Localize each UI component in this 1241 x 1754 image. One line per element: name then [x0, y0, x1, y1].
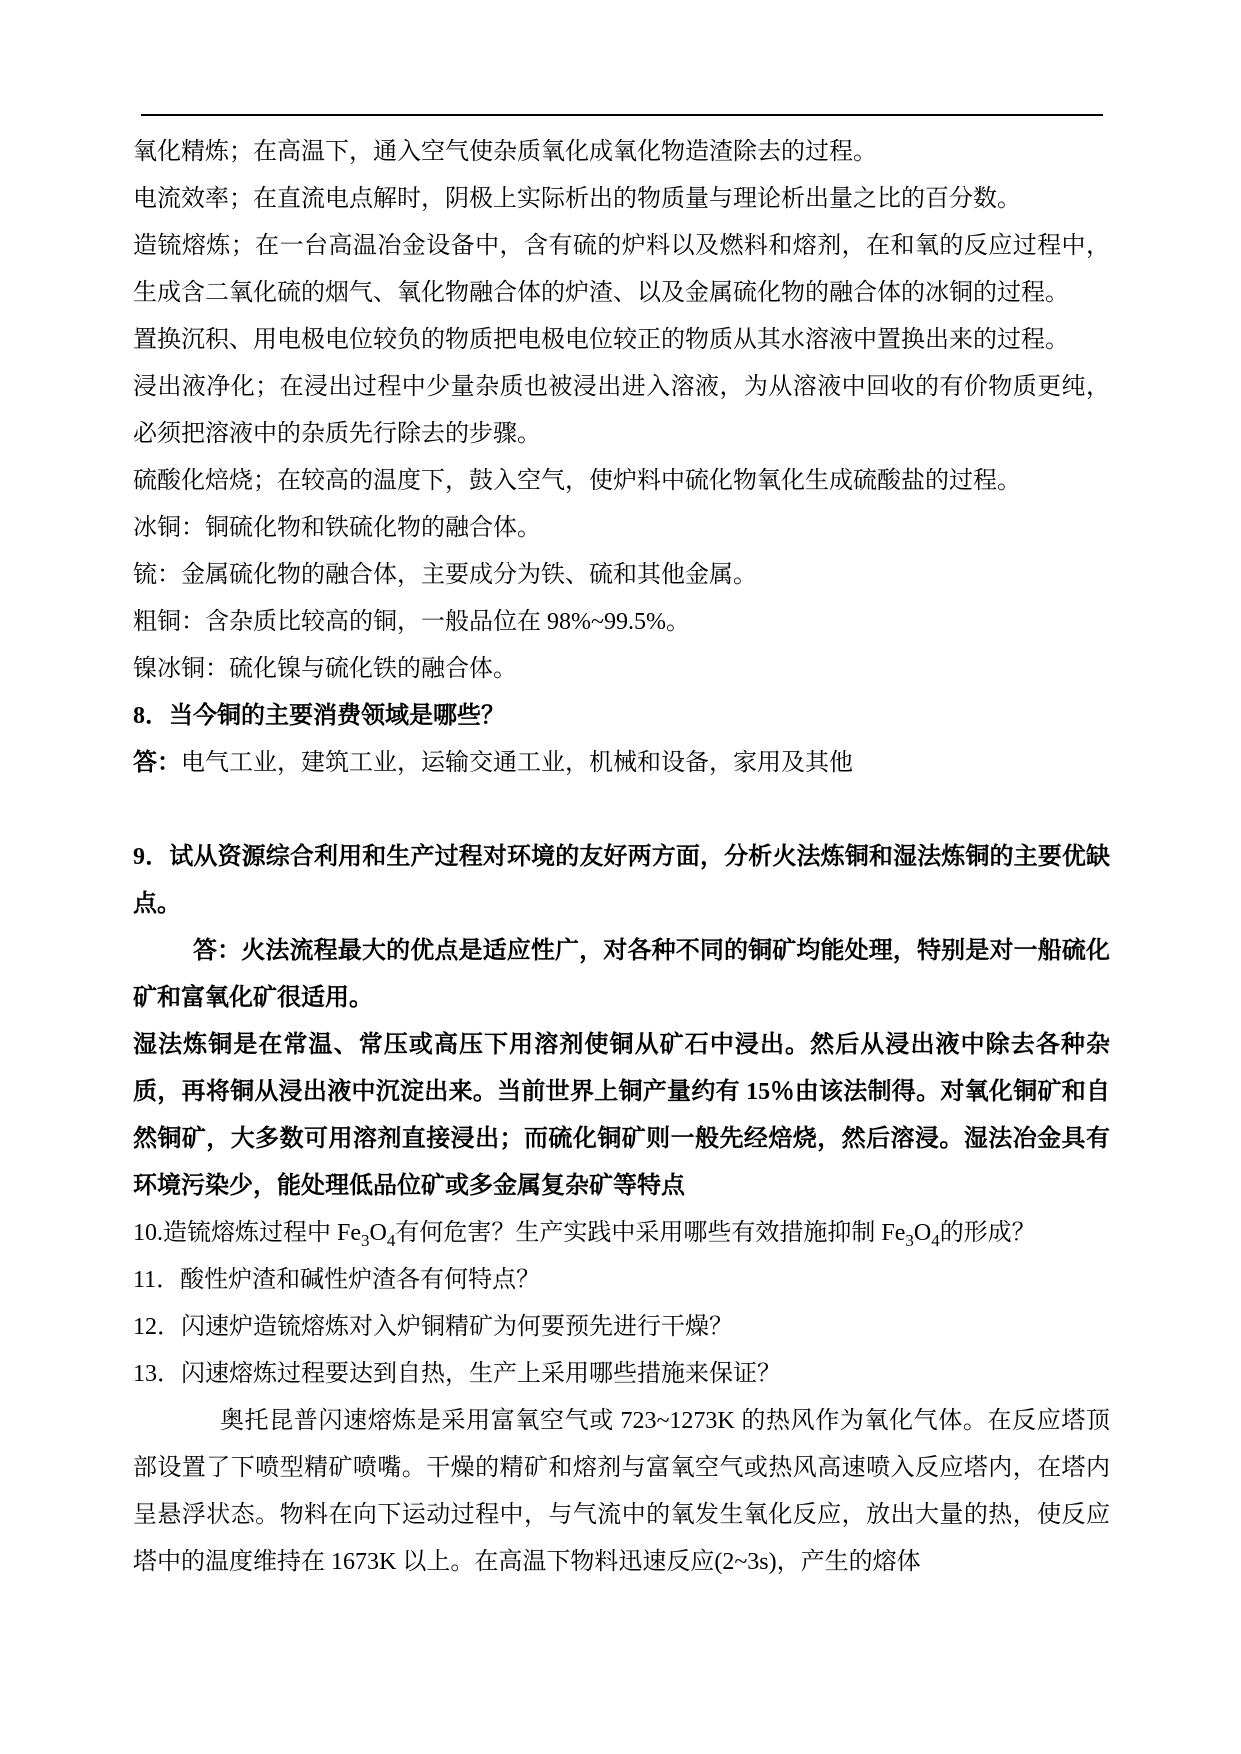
definition-matte: 锍：金属硫化物的融合体，主要成分为铁、硫和其他金属。: [133, 552, 1110, 599]
document-body: 氧化精炼；在高温下，通入空气使杂质氧化成氧化物造渣除去的过程。 电流效率；在直流…: [133, 129, 1110, 1586]
question-12: 12．闪速炉造锍熔炼对入炉铜精矿为何要预先进行干燥？: [133, 1304, 1110, 1351]
question-10-text: O: [914, 1220, 931, 1246]
answer-13: 奥托昆普闪速熔炼是采用富氧空气或 723~1273K 的热风作为氧化气体。在反应…: [133, 1398, 1110, 1586]
answer-8-label: 答：: [133, 750, 181, 776]
question-13: 13．闪速熔炼过程要达到自热，生产上采用哪些措施来保证？: [133, 1351, 1110, 1398]
question-10: 10.造锍熔炼过程中 Fe3O4有何危害？生产实践中采用哪些有效措施抑制 Fe3…: [133, 1210, 1110, 1257]
definition-leachate-purification: 浸出液净化；在浸出过程中少量杂质也被浸出进入溶液，为从溶液中回收的有价物质更纯，…: [133, 364, 1110, 458]
subscript: 3: [905, 1231, 914, 1250]
definition-blister-copper: 粗铜：含杂质比较高的铜，一般品位在 98%~99.5%。: [133, 599, 1110, 646]
definition-displacement-deposition: 置换沉积、用电极电位较负的物质把电极电位较正的物质从其水溶液中置换出来的过程。: [133, 317, 1110, 364]
definition-nickel-matte: 镍冰铜：硫化镍与硫化铁的融合体。: [133, 646, 1110, 693]
question-11: 11．酸性炉渣和碱性炉渣各有何特点？: [133, 1257, 1110, 1304]
answer-8: 答：电气工业，建筑工业，运输交通工业，机械和设备，家用及其他: [133, 740, 1110, 787]
subscript: 3: [361, 1231, 370, 1250]
question-10-text: O: [370, 1220, 387, 1246]
question-8: 8．当今铜的主要消费领域是哪些？: [133, 693, 1110, 740]
question-10-text: 有何危害？生产实践中采用哪些有效措施抑制 Fe: [395, 1220, 905, 1246]
blank-line: [133, 787, 1110, 834]
answer-8-text: 电气工业，建筑工业，运输交通工业，机械和设备，家用及其他: [181, 750, 853, 776]
question-10-text: 10.造锍熔炼过程中 Fe: [133, 1220, 361, 1246]
document-page: 氧化精炼；在高温下，通入空气使杂质氧化成氧化物造渣除去的过程。 电流效率；在直流…: [0, 0, 1241, 1754]
definition-sulfation-roasting: 硫酸化焙烧；在较高的温度下，鼓入空气，使炉料中硫化物氧化生成硫酸盐的过程。: [133, 458, 1110, 505]
definition-matte-smelting: 造锍熔炼；在一台高温冶金设备中，含有硫的炉料以及燃料和熔剂，在和氧的反应过程中，…: [133, 223, 1110, 317]
question-10-text: 的形成？: [940, 1220, 1036, 1246]
definition-copper-matte: 冰铜：铜硫化物和铁硫化物的融合体。: [133, 505, 1110, 552]
subscript: 4: [931, 1231, 940, 1250]
answer-9-first: 答：火法流程最大的优点是适应性广，对各种不同的铜矿均能处理，特别是对一船硫化矿和…: [133, 928, 1110, 1022]
definition-current-efficiency: 电流效率；在直流电点解时，阴极上实际析出的物质量与理论析出量之比的百分数。: [133, 176, 1110, 223]
answer-9-second: 湿法炼铜是在常温、常压或高压下用溶剂使铜从矿石中浸出。然后从浸出液中除去各种杂质…: [133, 1022, 1110, 1210]
header-rule: [141, 114, 1103, 116]
definition-oxidation-refining: 氧化精炼；在高温下，通入空气使杂质氧化成氧化物造渣除去的过程。: [133, 129, 1110, 176]
question-9: 9．试从资源综合利用和生产过程对环境的友好两方面，分析火法炼铜和湿法炼铜的主要优…: [133, 834, 1110, 928]
